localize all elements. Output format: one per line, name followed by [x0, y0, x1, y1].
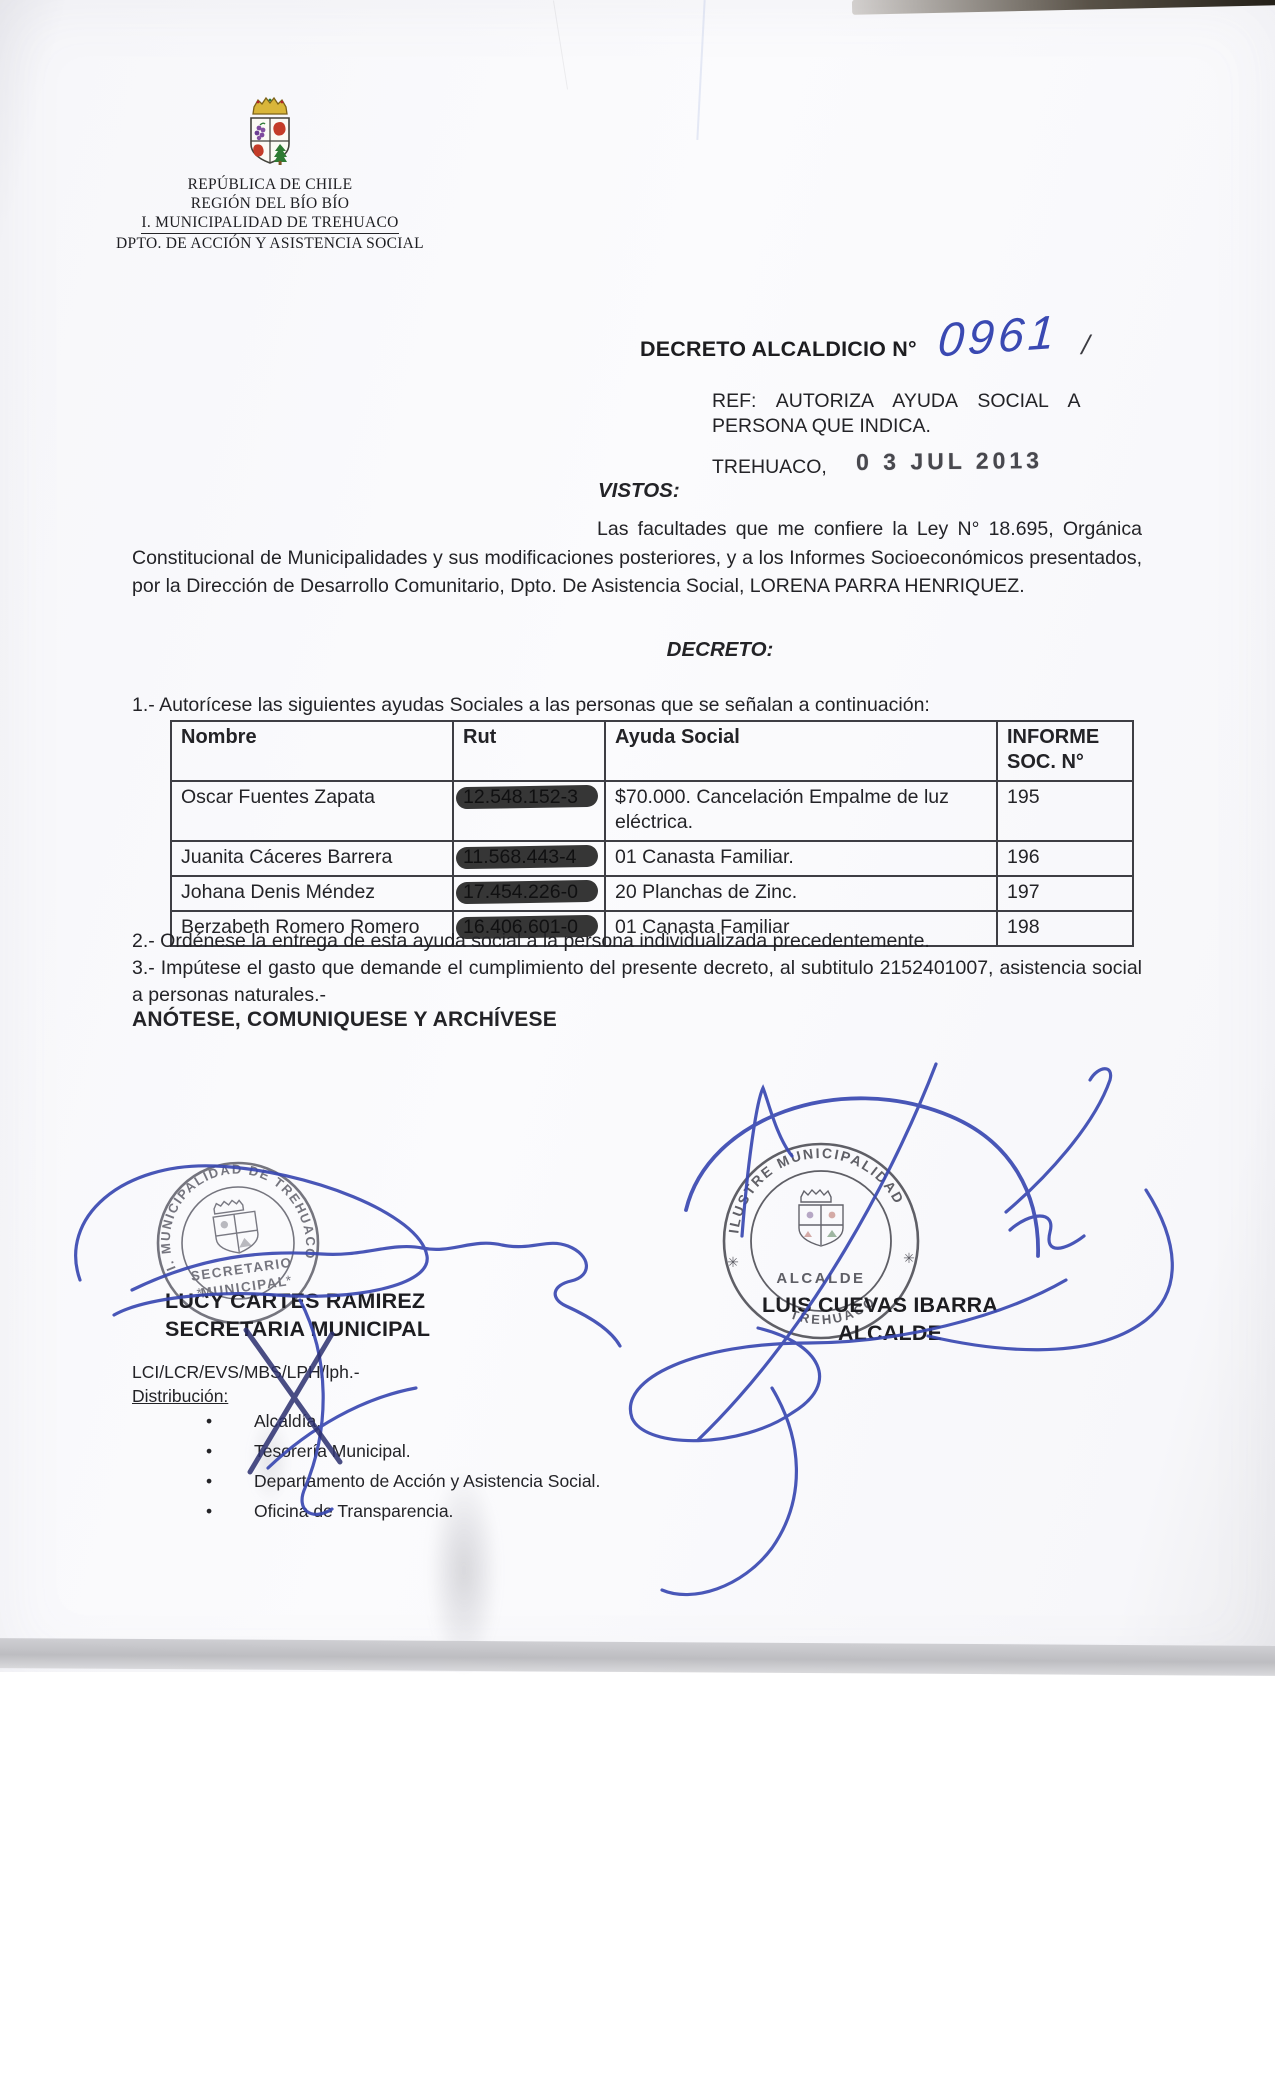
cell-informe: 197 — [997, 876, 1133, 911]
social-aid-table-wrap: Nombre Rut Ayuda Social INFORME SOC. N° … — [170, 720, 1132, 947]
stamp-emblem — [211, 1197, 260, 1255]
place-line: TREHUACO, — [712, 456, 827, 479]
distribution-label: Distribución: — [132, 1386, 228, 1407]
header-line-region: REGIÓN DEL BÍO BÍO — [55, 194, 485, 213]
stamp-center-text: ALCALDE — [776, 1270, 865, 1287]
distribution-item: • Departamento de Acción y Asistencia So… — [200, 1470, 760, 1492]
paper-sheet: REPÚBLICA DE CHILE REGIÓN DEL BÍO BÍO I.… — [0, 0, 1275, 1672]
table-row: Johana Denis Méndez 17.454.226-0 20 Plan… — [171, 876, 1133, 911]
col-header-rut: Rut — [453, 721, 605, 781]
scanned-decree-page: REPÚBLICA DE CHILE REGIÓN DEL BÍO BÍO I.… — [0, 0, 1275, 2100]
coat-of-arms-icon — [55, 92, 485, 173]
col-header-ayuda: Ayuda Social — [605, 721, 997, 781]
stamp-star-right: * — [285, 1272, 293, 1289]
vistos-paragraph: Las facultades que me confiere la Ley N°… — [132, 515, 1142, 601]
distribution-item: • Oficina de Transparencia. — [200, 1500, 760, 1522]
cell-nombre: Oscar Fuentes Zapata — [171, 781, 453, 841]
secretary-title: SECRETARIA MUNICIPAL — [165, 1316, 430, 1343]
cell-rut: 12.548.152-3 — [453, 781, 605, 841]
bullet-icon: • — [200, 1410, 254, 1432]
mayor-title: ALCALDE — [838, 1320, 942, 1347]
cell-rut: 17.454.226-0 — [453, 876, 605, 911]
decreto-label: DECRETO: — [560, 638, 880, 662]
stamp-star-left: ✳ — [727, 1254, 739, 1270]
vistos-label: VISTOS: — [598, 479, 680, 503]
date-stamp: 0 3 JUL 2013 — [856, 447, 1043, 476]
mayor-name: LUIS CUEVAS IBARRA — [762, 1292, 998, 1319]
cell-informe: 198 — [997, 911, 1133, 946]
scan-bottom-shadow — [0, 1638, 1275, 1676]
stamp-star-right: ✳ — [903, 1250, 915, 1266]
letterhead: REPÚBLICA DE CHILE REGIÓN DEL BÍO BÍO I.… — [55, 92, 485, 253]
cell-rut: 11.568.443-4 — [453, 841, 605, 876]
signature-ink — [0, 1040, 1275, 1660]
cell-informe: 196 — [997, 841, 1133, 876]
table-row: Juanita Cáceres Barrera 11.568.443-4 01 … — [171, 841, 1133, 876]
decree-point-3: 3.- Impútese el gasto que demande el cum… — [132, 955, 1142, 1009]
col-header-informe: INFORME SOC. N° — [997, 721, 1133, 781]
paper-crease — [553, 0, 568, 89]
redaction-bar — [456, 845, 598, 869]
reference-block: REF: AUTORIZA AYUDA SOCIAL A PERSONA QUE… — [712, 389, 1116, 439]
col-header-nombre: Nombre — [171, 721, 453, 781]
cell-ayuda: $70.000. Cancelación Empalme de luz eléc… — [605, 781, 997, 841]
cell-informe: 195 — [997, 781, 1133, 841]
bullet-icon: • — [200, 1500, 254, 1522]
header-line-municipality: I. MUNICIPALIDAD DE TREHUACO — [141, 213, 398, 234]
decree-title: DECRETO ALCALDICIO N° — [640, 337, 917, 362]
table-row: Oscar Fuentes Zapata 12.548.152-3 $70.00… — [171, 781, 1133, 841]
bullet-icon: • — [200, 1440, 254, 1462]
distribution-item: • Tesorería Municipal. — [200, 1440, 760, 1462]
scan-edge-artifact — [852, 0, 1275, 15]
table-header-row: Nombre Rut Ayuda Social INFORME SOC. N° — [171, 721, 1133, 781]
stamp-emblem — [799, 1190, 843, 1246]
social-aid-table: Nombre Rut Ayuda Social INFORME SOC. N° … — [170, 720, 1134, 947]
cell-nombre: Johana Denis Méndez — [171, 876, 453, 911]
bullet-icon: • — [200, 1470, 254, 1492]
paper-crease — [696, 0, 705, 140]
secretary-name: LUCY CARTES RAMIREZ — [165, 1288, 425, 1315]
decree-point-2: 2.- Ordénese la entrega de esta ayuda so… — [132, 930, 930, 953]
header-line-department: DPTO. DE ACCIÓN Y ASISTENCIA SOCIAL — [55, 234, 485, 253]
cell-ayuda: 20 Planchas de Zinc. — [605, 876, 997, 911]
ref-line-2: PERSONA QUE INDICA. — [712, 414, 1116, 439]
closing-formula: ANÓTESE, COMUNIQUESE Y ARCHÍVESE — [132, 1008, 557, 1032]
initials-line: LCI/LCR/EVS/MBS/LPH/lph.- — [132, 1362, 360, 1383]
redaction-bar — [456, 880, 598, 904]
header-line-republic: REPÚBLICA DE CHILE — [55, 175, 485, 194]
ref-line-1: REF: AUTORIZA AYUDA SOCIAL A — [712, 389, 1116, 414]
cell-nombre: Juanita Cáceres Barrera — [171, 841, 453, 876]
decree-point-1: 1.- Autorícese las siguientes ayudas Soc… — [132, 694, 930, 717]
handwritten-decree-number: 0961 — [936, 304, 1060, 368]
cell-ayuda: 01 Canasta Familiar. — [605, 841, 997, 876]
handwritten-slash: / — [1078, 330, 1093, 361]
distribution-item: • Alcaldía. — [200, 1410, 760, 1432]
redaction-bar — [456, 785, 598, 809]
distribution-list: • Alcaldía. • Tesorería Municipal. • Dep… — [200, 1410, 760, 1530]
